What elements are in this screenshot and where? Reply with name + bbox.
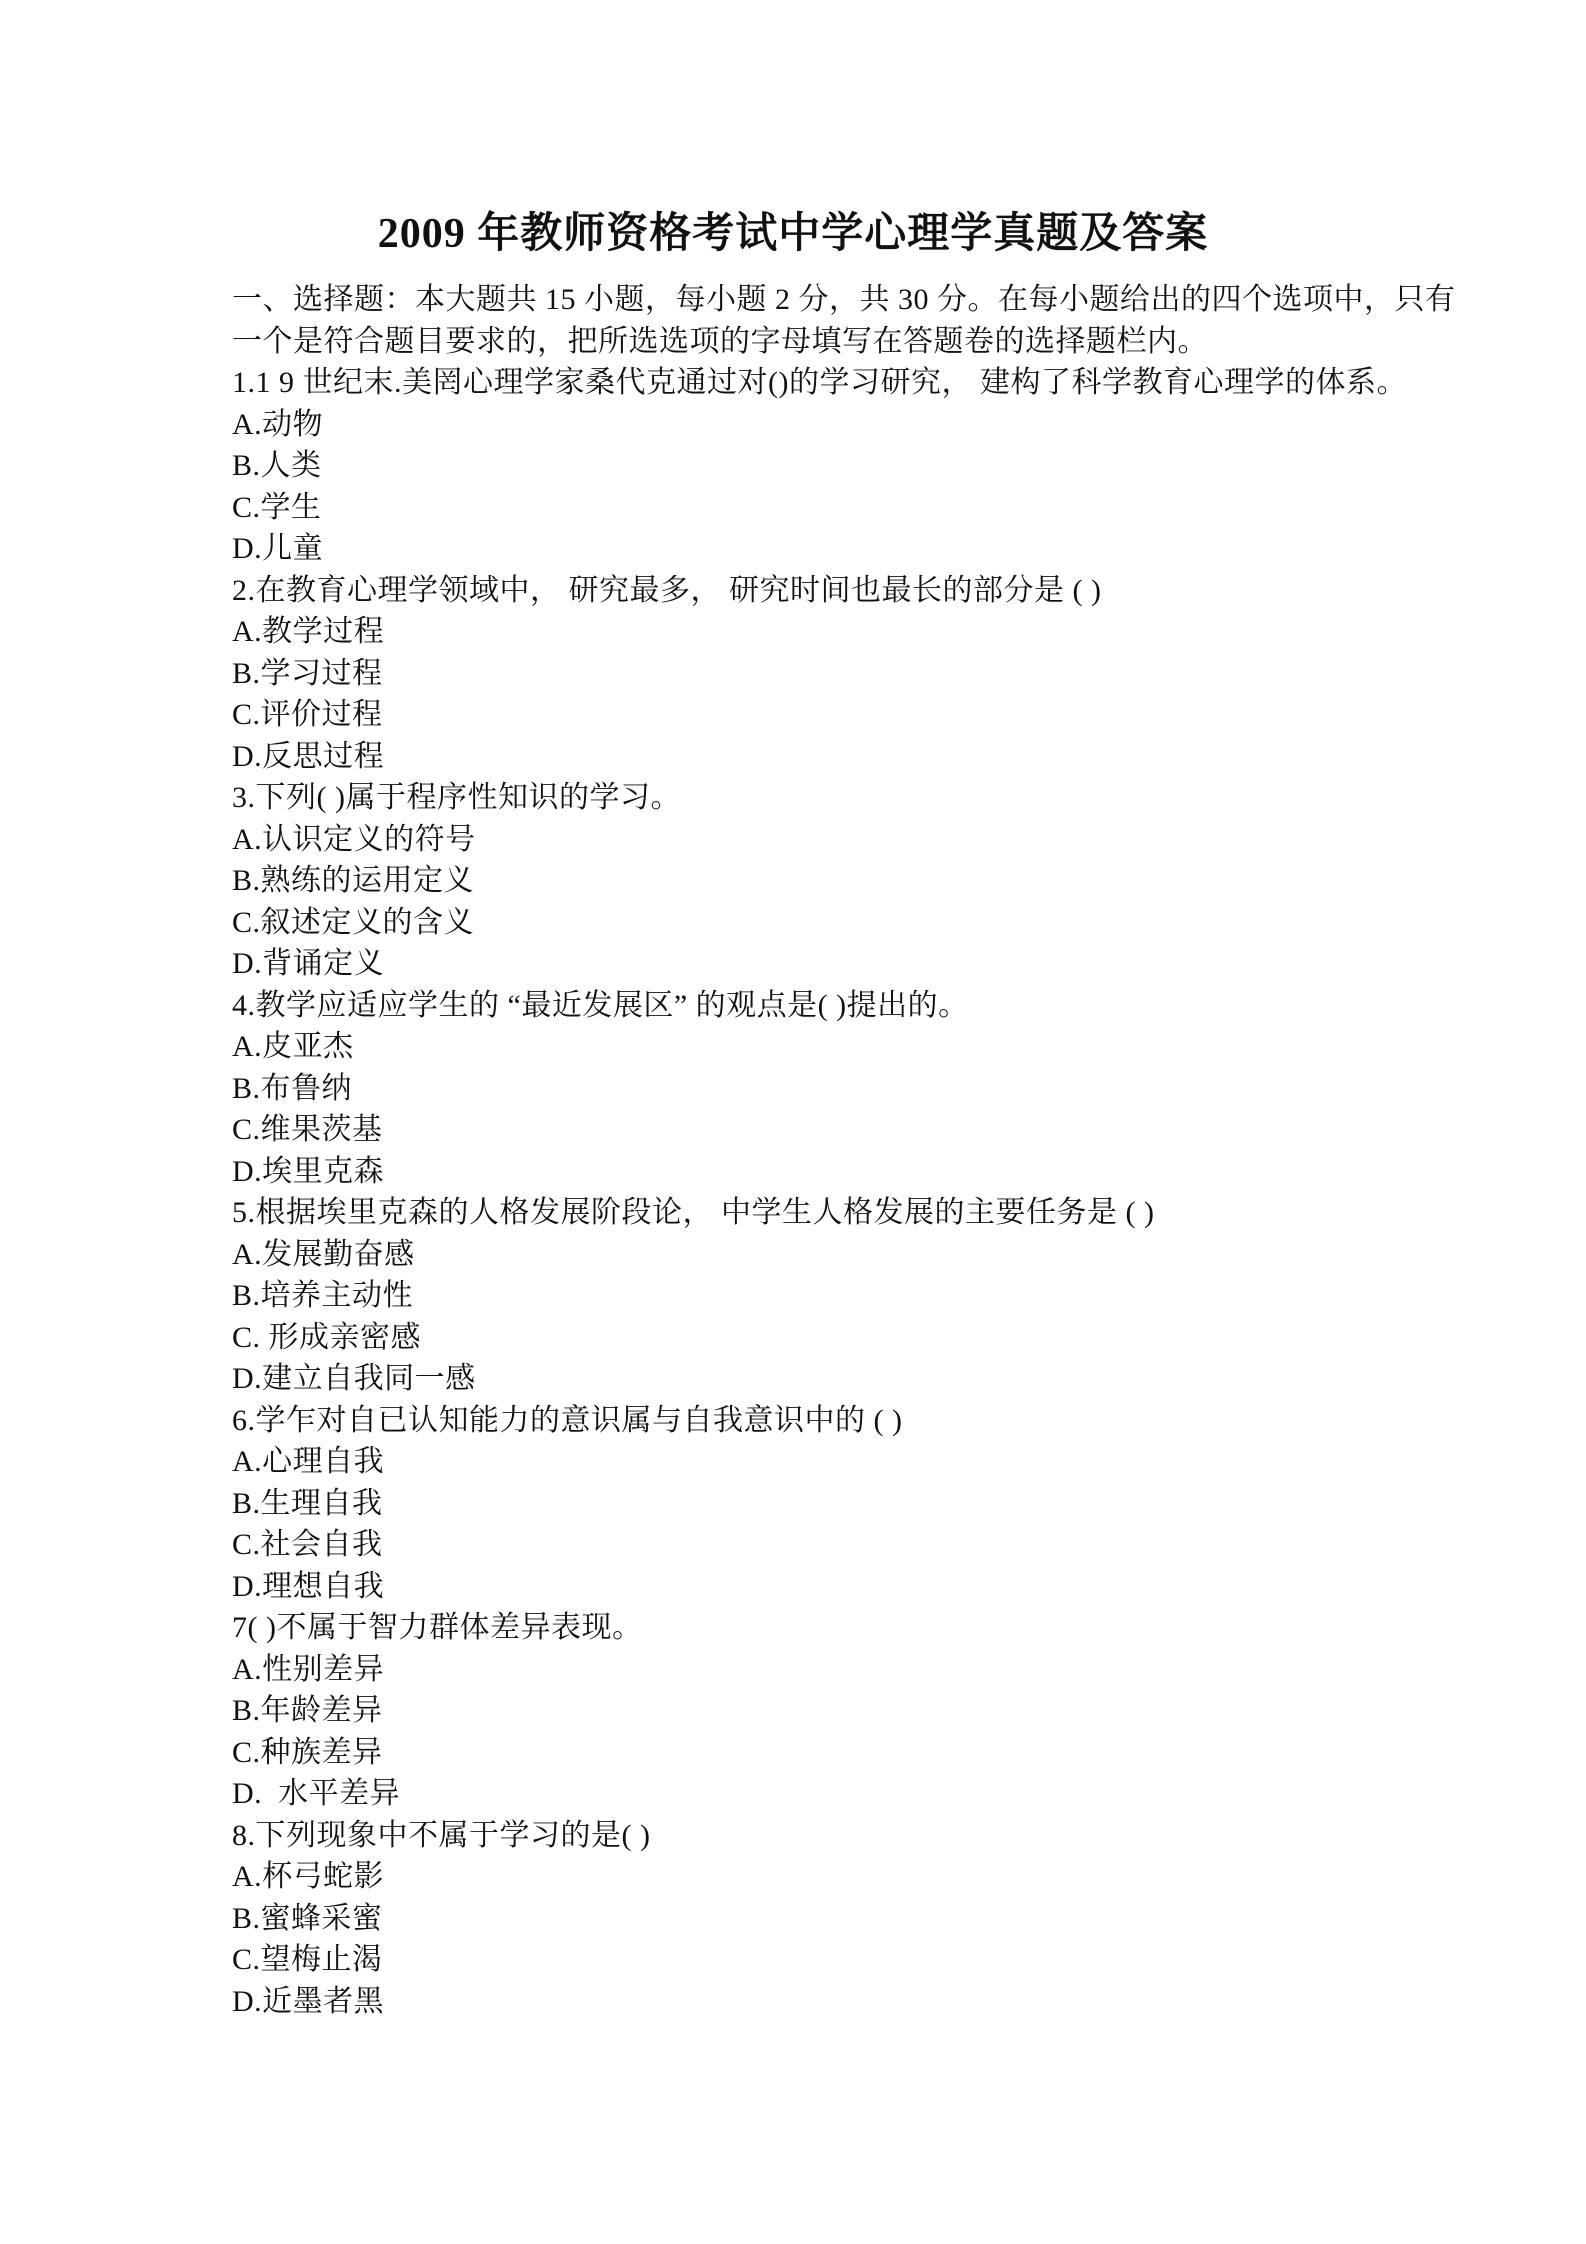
document-body: 一、选择题：本大题共 15 小题，每小题 2 分，共 30 分。在每小题给出的四… (232, 279, 1422, 2022)
question-6-option-C: C.社会自我 (232, 1524, 1422, 1566)
question-3-option-B: B.熟练的运用定义 (232, 860, 1422, 902)
question-7-option-B: B.年龄差异 (232, 1690, 1422, 1732)
question-3-option-D: D.背诵定义 (232, 943, 1422, 985)
question-2-option-D: D.反思过程 (232, 736, 1422, 778)
question-3-text: 3.下列( )属于程序性知识的学习。 (232, 777, 1422, 819)
question-4-option-C: C.维果茨基 (232, 1109, 1422, 1151)
question-1-text: 1.1 9 世纪末.美罔心理学家桑代克通过对()的学习研究， 建构了科学教育心理… (232, 362, 1422, 404)
question-8-option-A: A.杯弓蛇影 (232, 1856, 1422, 1898)
question-2-option-C: C.评价过程 (232, 694, 1422, 736)
question-5-option-D: D.建立自我同一感 (232, 1358, 1422, 1400)
intro-line-2: 一个是符合题目要求的，把所选选项的字母填写在答题卷的选择题栏内。 (232, 321, 1422, 363)
question-2-option-A: A.教学过程 (232, 611, 1422, 653)
question-1-option-A: A.动物 (232, 404, 1422, 446)
question-4-option-B: B.布鲁纳 (232, 1068, 1422, 1110)
question-4-option-A: A.皮亚杰 (232, 1026, 1422, 1068)
question-3-option-A: A.认识定义的符号 (232, 819, 1422, 861)
question-4-text: 4.教学应适应学生的 “最近发展区” 的观点是( )提出的。 (232, 985, 1422, 1027)
question-8-option-D: D.近墨者黑 (232, 1981, 1422, 2023)
question-1-option-B: B.人类 (232, 445, 1422, 487)
question-7-text: 7( )不属于智力群体差异表现。 (232, 1607, 1422, 1649)
question-6-option-D: D.理想自我 (232, 1566, 1422, 1608)
question-1-option-D: D.儿童 (232, 528, 1422, 570)
question-7-option-D: D. 水平差异 (232, 1773, 1422, 1815)
page-title: 2009 年教师资格考试中学心理学真题及答案 (0, 208, 1586, 260)
question-6-option-B: B.生理自我 (232, 1483, 1422, 1525)
question-2-option-B: B.学习过程 (232, 653, 1422, 695)
question-3-option-C: C.叙述定义的含义 (232, 902, 1422, 944)
question-6-option-A: A.心理自我 (232, 1441, 1422, 1483)
question-5-option-B: B.培养主动性 (232, 1275, 1422, 1317)
question-7-option-C: C.种族差异 (232, 1732, 1422, 1774)
question-5-option-C: C. 形成亲密感 (232, 1317, 1422, 1359)
question-8-option-C: C.望梅止渴 (232, 1939, 1422, 1981)
question-2-text: 2.在教育心理学领域中， 研究最多， 研究时间也最长的部分是 ( ) (232, 570, 1422, 612)
question-1-option-C: C.学生 (232, 487, 1422, 529)
question-7-option-A: A.性别差异 (232, 1649, 1422, 1691)
document-page: 2009 年教师资格考试中学心理学真题及答案 一、选择题：本大题共 15 小题，… (0, 0, 1586, 2244)
question-6-text: 6.学乍对自已认知能力的意识属与自我意识中的 ( ) (232, 1400, 1422, 1442)
question-5-text: 5.根据埃里克森的人格发展阶段论， 中学生人格发展的主要任务是 ( ) (232, 1192, 1422, 1234)
question-4-option-D: D.埃里克森 (232, 1151, 1422, 1193)
question-5-option-A: A.发展勤奋感 (232, 1234, 1422, 1276)
question-8-text: 8.下列现象中不属于学习的是( ) (232, 1815, 1422, 1857)
intro-line-1: 一、选择题：本大题共 15 小题，每小题 2 分，共 30 分。在每小题给出的四… (232, 279, 1422, 321)
question-8-option-B: B.蜜蜂采蜜 (232, 1898, 1422, 1940)
